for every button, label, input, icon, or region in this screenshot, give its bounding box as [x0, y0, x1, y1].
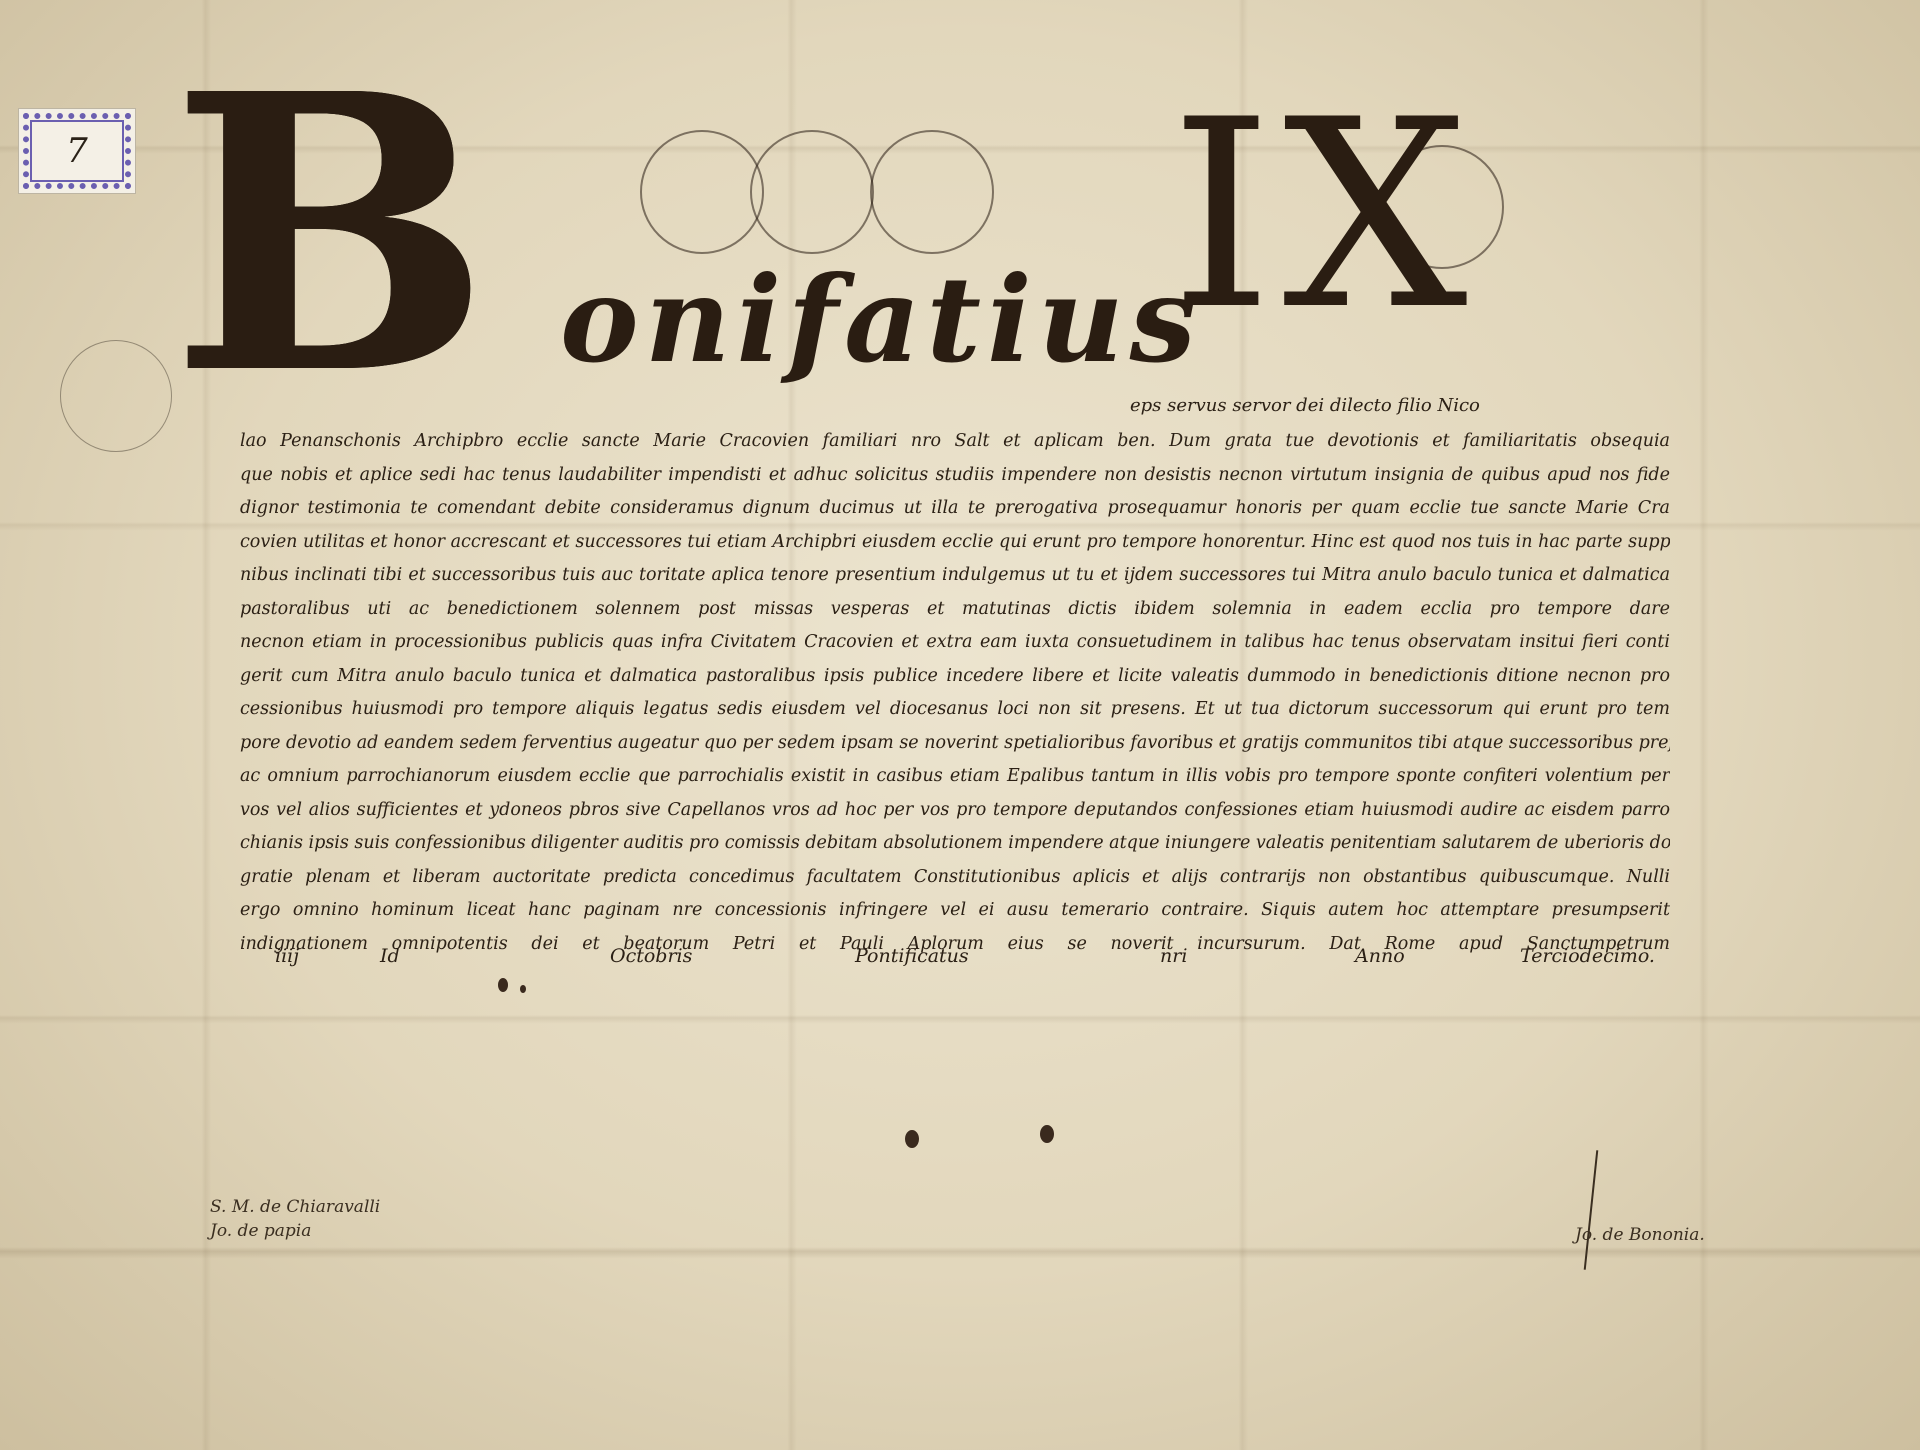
ink-spot — [498, 978, 508, 992]
text-line: covien utilitas et honor accrescant et s… — [240, 526, 1670, 560]
decorated-heading: B onifatius IX — [150, 55, 1650, 415]
ornament-circle — [750, 130, 874, 254]
body-text: lao Penanschonis Archipbro ecclie sancte… — [240, 425, 1670, 961]
heading-tail: eps servus servor dei dilecto filio Nico — [1130, 395, 1480, 416]
text-line: pastoralibus uti ac benedictionem solenn… — [240, 593, 1670, 627]
ornament-circle — [870, 130, 994, 254]
scribe-note-left: S. M. de Chiaravalli Jo. de papia — [210, 1195, 380, 1243]
text-line: necnon etiam in processionibus publicis … — [240, 626, 1670, 660]
text-line: lao Penanschonis Archipbro ecclie sancte… — [240, 425, 1670, 459]
dating-pontificatus: Pontificatus — [855, 945, 969, 967]
initial-letter: B — [170, 55, 491, 415]
scribe-note-line: Jo. de papia — [210, 1219, 380, 1243]
text-line: nibus inclinati tibi et successoribus tu… — [240, 559, 1670, 593]
dating-year: Terciodecimo. — [1520, 945, 1655, 967]
heading-name: onifatius — [560, 250, 1202, 389]
margin-circle — [60, 340, 172, 452]
text-line: pore devotio ad eandem sedem ferventius … — [240, 727, 1670, 761]
text-line: vos vel alios sufficientes et ydoneos pb… — [240, 794, 1670, 828]
seal-hole — [905, 1130, 919, 1148]
text-line: ac omnium parrochianorum eiusdem ecclie … — [240, 760, 1670, 794]
dating-anno: Anno — [1355, 945, 1405, 967]
seal-hole — [1040, 1125, 1054, 1143]
heading-numeral: IX — [1170, 65, 1478, 367]
dating-day: iiij — [275, 945, 299, 967]
dating-clause: iiij Id Octobris Pontificatus nri Anno T… — [275, 945, 1665, 979]
dating-month: Octobris — [610, 945, 692, 967]
dating-nri: nri — [1160, 945, 1187, 967]
text-line: ergo omnino hominum liceat hanc paginam … — [240, 894, 1670, 928]
text-line: cessionibus huiusmodi pro tempore aliqui… — [240, 693, 1670, 727]
ornament-circle — [640, 130, 764, 254]
scribe-note-right: Jo. de Bononia. — [1575, 1225, 1705, 1245]
text-line: gratie plenam et liberam auctoritate pre… — [240, 861, 1670, 895]
ink-spot — [520, 985, 526, 993]
text-line: que nobis et aplice sedi hac tenus lauda… — [240, 459, 1670, 493]
dating-id: Id — [380, 945, 400, 967]
text-line: dignor testimonia te comendant debite co… — [240, 492, 1670, 526]
archive-number: 7 — [66, 131, 88, 171]
text-line: chianis ipsis suis confessionibus dilige… — [240, 827, 1670, 861]
text-line: gerit cum Mitra anulo baculo tunica et d… — [240, 660, 1670, 694]
scribe-note-line: S. M. de Chiaravalli — [210, 1195, 380, 1219]
archive-label: 7 — [18, 108, 136, 194]
